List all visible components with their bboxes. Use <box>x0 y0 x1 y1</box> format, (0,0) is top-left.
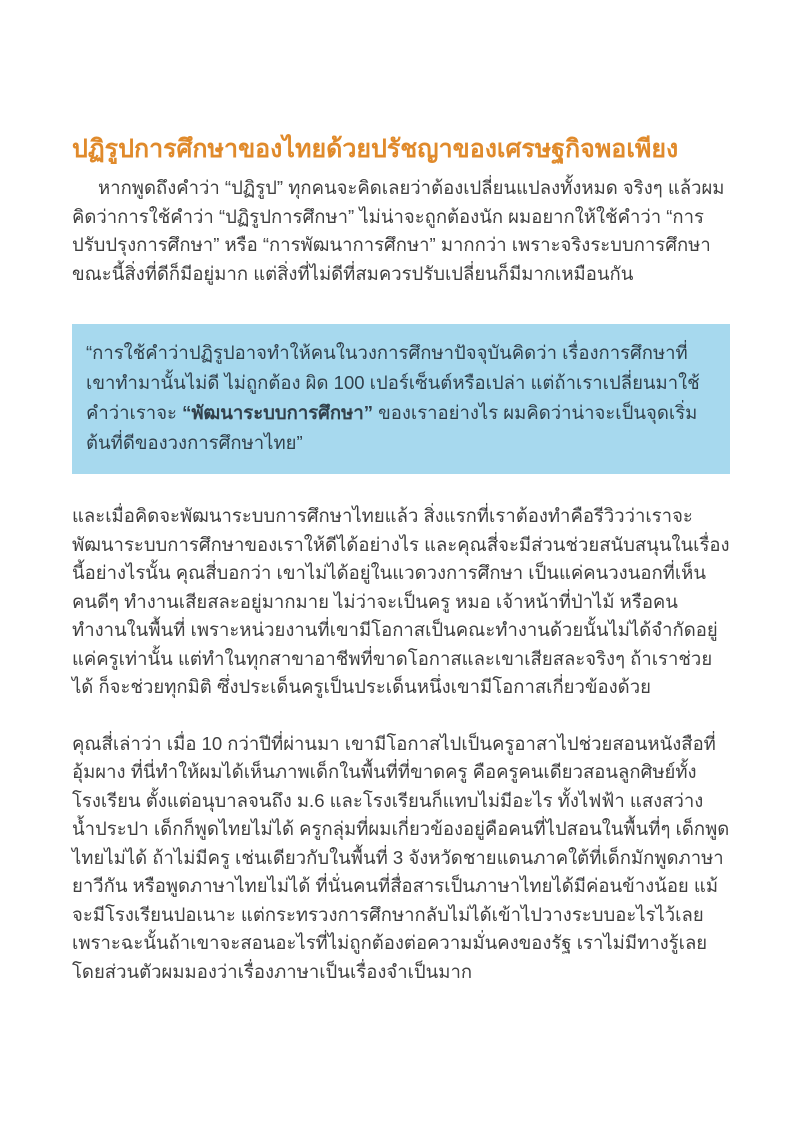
paragraph-volunteer-teacher: คุณสี่เล่าว่า เมื่อ 10 กว่าปีที่ผ่านมา เ… <box>72 730 730 987</box>
highlight-quote-box: “การใช้คำว่าปฏิรูปอาจทำให้คนในวงการศึกษา… <box>72 324 730 474</box>
paragraph-develop-education: และเมื่อคิดจะพัฒนาระบบการศึกษาไทยแล้ว สิ… <box>72 502 730 702</box>
document-page: ปฏิรูปการศึกษาของไทยด้วยปรัชญาของเศรษฐกิ… <box>0 0 800 1132</box>
quote-text-bold: “พัฒนาระบบการศึกษา” <box>182 402 373 423</box>
page-title: ปฏิรูปการศึกษาของไทยด้วยปรัชญาของเศรษฐกิ… <box>72 132 730 166</box>
paragraph-intro: หากพูดถึงคำว่า “ปฏิรูป” ทุกคนจะคิดเลยว่า… <box>72 174 730 288</box>
